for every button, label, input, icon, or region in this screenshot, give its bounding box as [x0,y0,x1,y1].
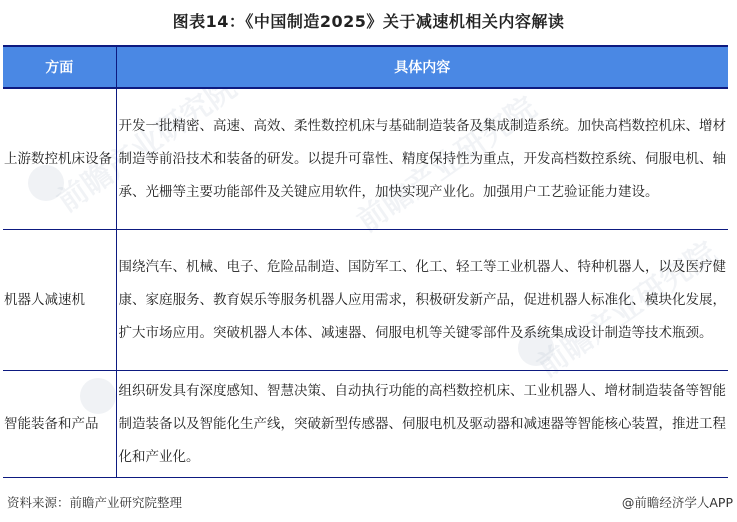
header-aspect: 方面 [3,46,116,88]
row-aspect-cell: 智能装备和产品 [3,371,116,478]
row-content-cell: 开发一批精密、高速、高效、柔性数控机床与基础制造装备及集成制造系统。加快高档数控… [116,88,728,230]
table-row: 上游数控机床设备 开发一批精密、高速、高效、柔性数控机床与基础制造装备及集成制造… [3,88,728,230]
row-content-cell: 组织研发具有深度感知、智慧决策、自动执行功能的高档数控机床、工业机器人、增材制造… [116,371,728,478]
header-content: 具体内容 [116,46,728,88]
row-aspect-cell: 机器人减速机 [3,230,116,371]
table-row: 机器人减速机 围绕汽车、机械、电子、危险品制造、国防军工、化工、轻工等工业机器人… [3,230,728,371]
figure-title: 图表14：《中国制造2025》关于减速机相关内容解读 [0,9,737,32]
table-row: 智能装备和产品 组织研发具有深度感知、智慧决策、自动执行功能的高档数控机床、工业… [3,371,728,478]
table-header-row: 方面 具体内容 [3,46,728,88]
source-note: 资料来源：前瞻产业研究院整理 [7,493,182,511]
interpretation-table: 方面 具体内容 上游数控机床设备 开发一批精密、高速、高效、柔性数控机床与基础制… [3,45,728,478]
row-aspect-cell: 上游数控机床设备 [3,88,116,230]
row-content-cell: 围绕汽车、机械、电子、危险品制造、国防军工、化工、轻工等工业机器人、特种机器人，… [116,230,728,371]
brand-credit: @前瞻经济学人APP [622,493,733,511]
